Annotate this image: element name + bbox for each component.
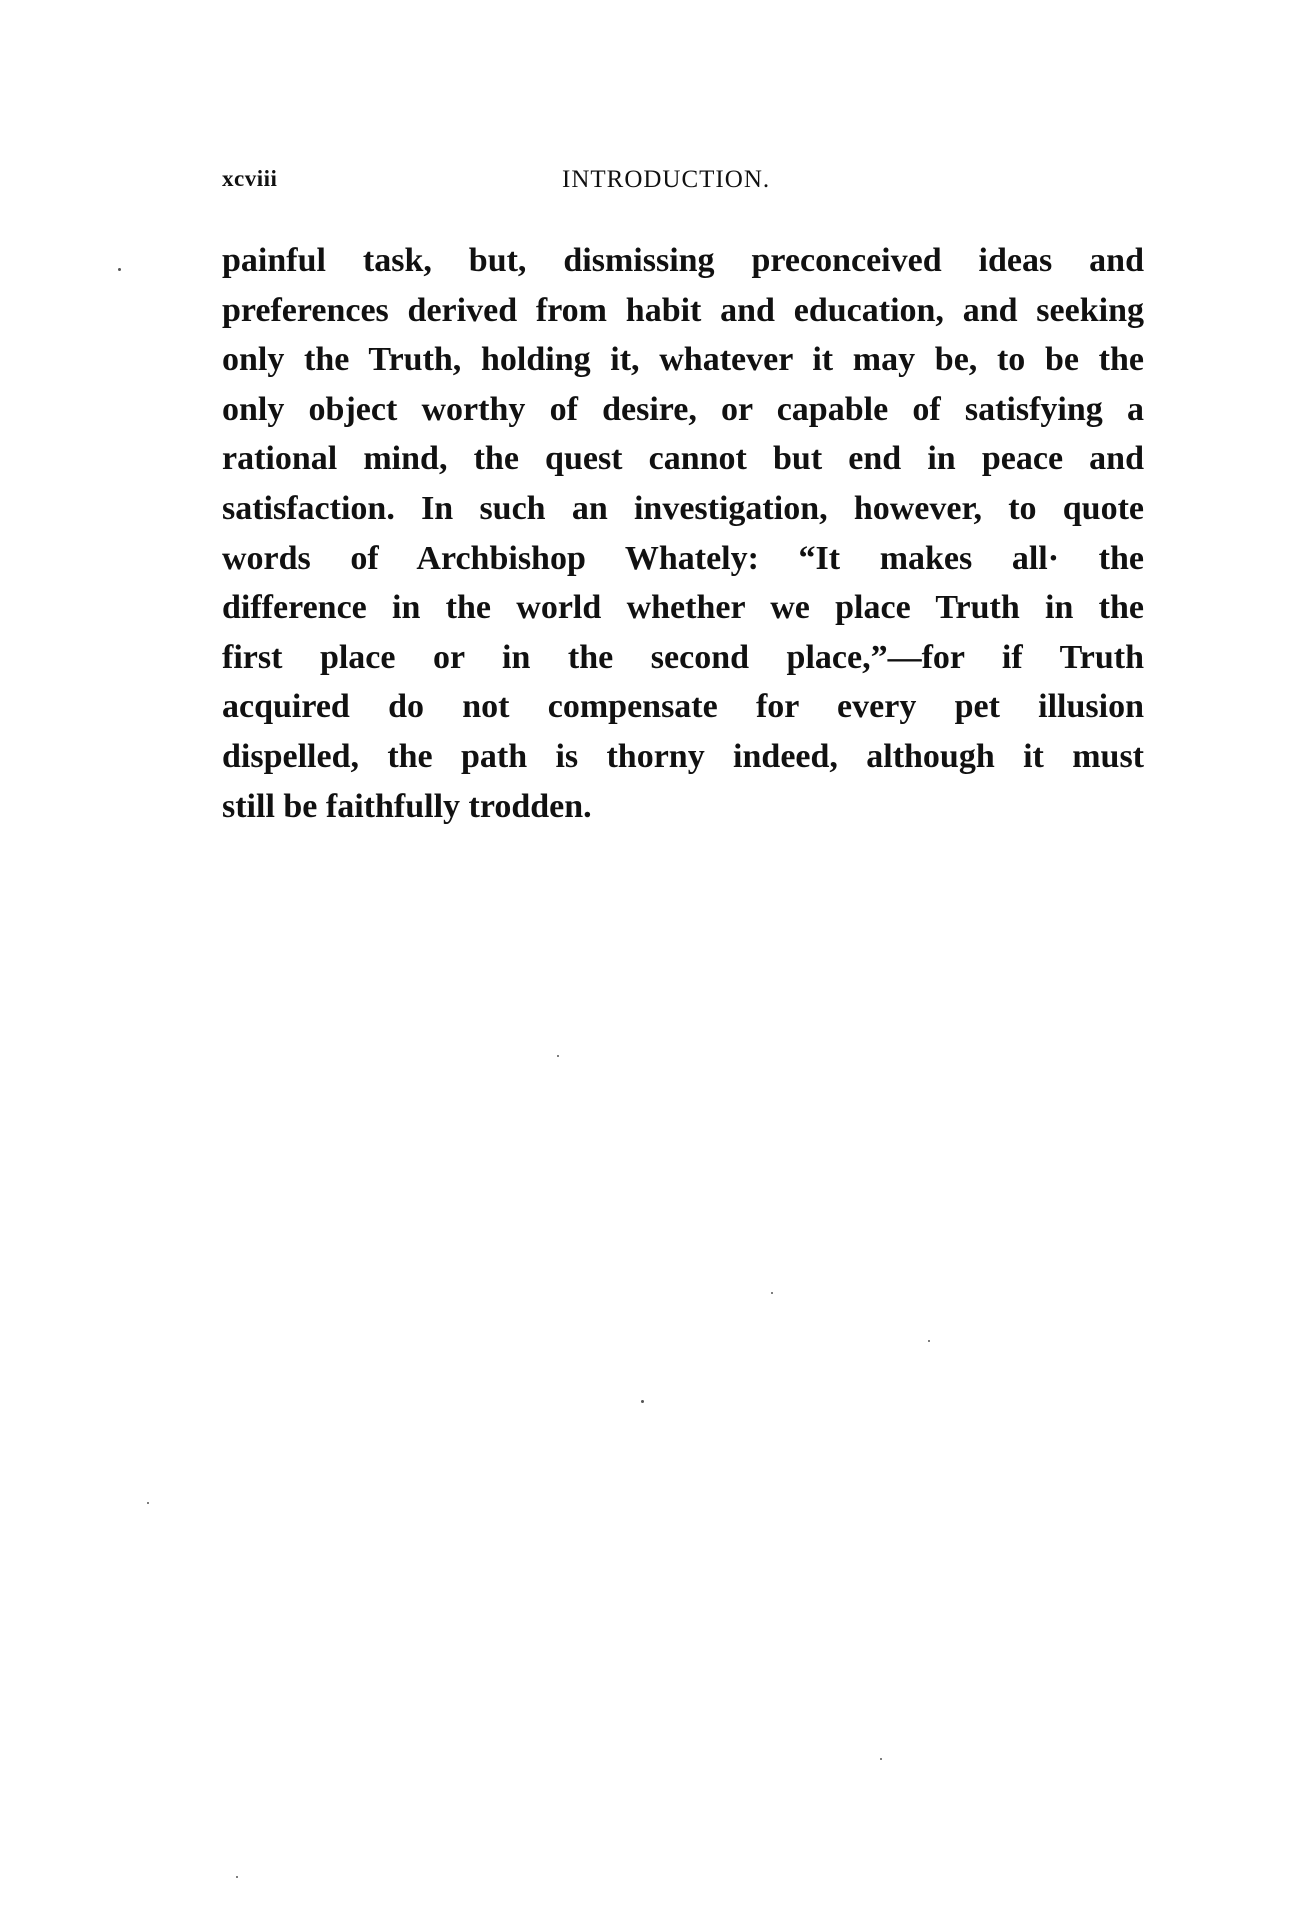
scan-speck [641,1400,644,1403]
running-head: xcviii INTRODUCTION. [222,166,1142,198]
body-paragraph: painful task, but, dismissing preconceiv… [222,236,1144,831]
text-line: dispelled, the path is thorny indeed, al… [222,732,1144,782]
text-line: difference in the world whether we place… [222,583,1144,633]
text-line: first place or in the second place,”—for… [222,633,1144,683]
text-line-last: still be faithfully trodden. [222,782,1144,832]
text-line: acquired do not compensate for every pet… [222,682,1144,732]
page-number: xcviii [222,166,277,192]
text-line: satisfaction. In such an investigation, … [222,484,1144,534]
text-line: words of Archbishop Whately: “It makes a… [222,534,1144,584]
book-page: xcviii INTRODUCTION. painful task, but, … [0,0,1292,1925]
scan-speck [771,1292,773,1294]
scan-speck [118,268,121,271]
scan-speck [147,1502,149,1504]
text-line: rational mind, the quest cannot but end … [222,434,1144,484]
text-line: only the Truth, holding it, whatever it … [222,335,1144,385]
text-line: only object worthy of desire, or capable… [222,385,1144,435]
scan-speck [557,1055,559,1057]
chapter-title: INTRODUCTION. [562,166,770,194]
scan-speck [236,1876,238,1878]
scan-speck [928,1340,930,1342]
text-line: painful task, but, dismissing preconceiv… [222,236,1144,286]
scan-speck [880,1758,882,1760]
text-line: preferences derived from habit and educa… [222,286,1144,336]
